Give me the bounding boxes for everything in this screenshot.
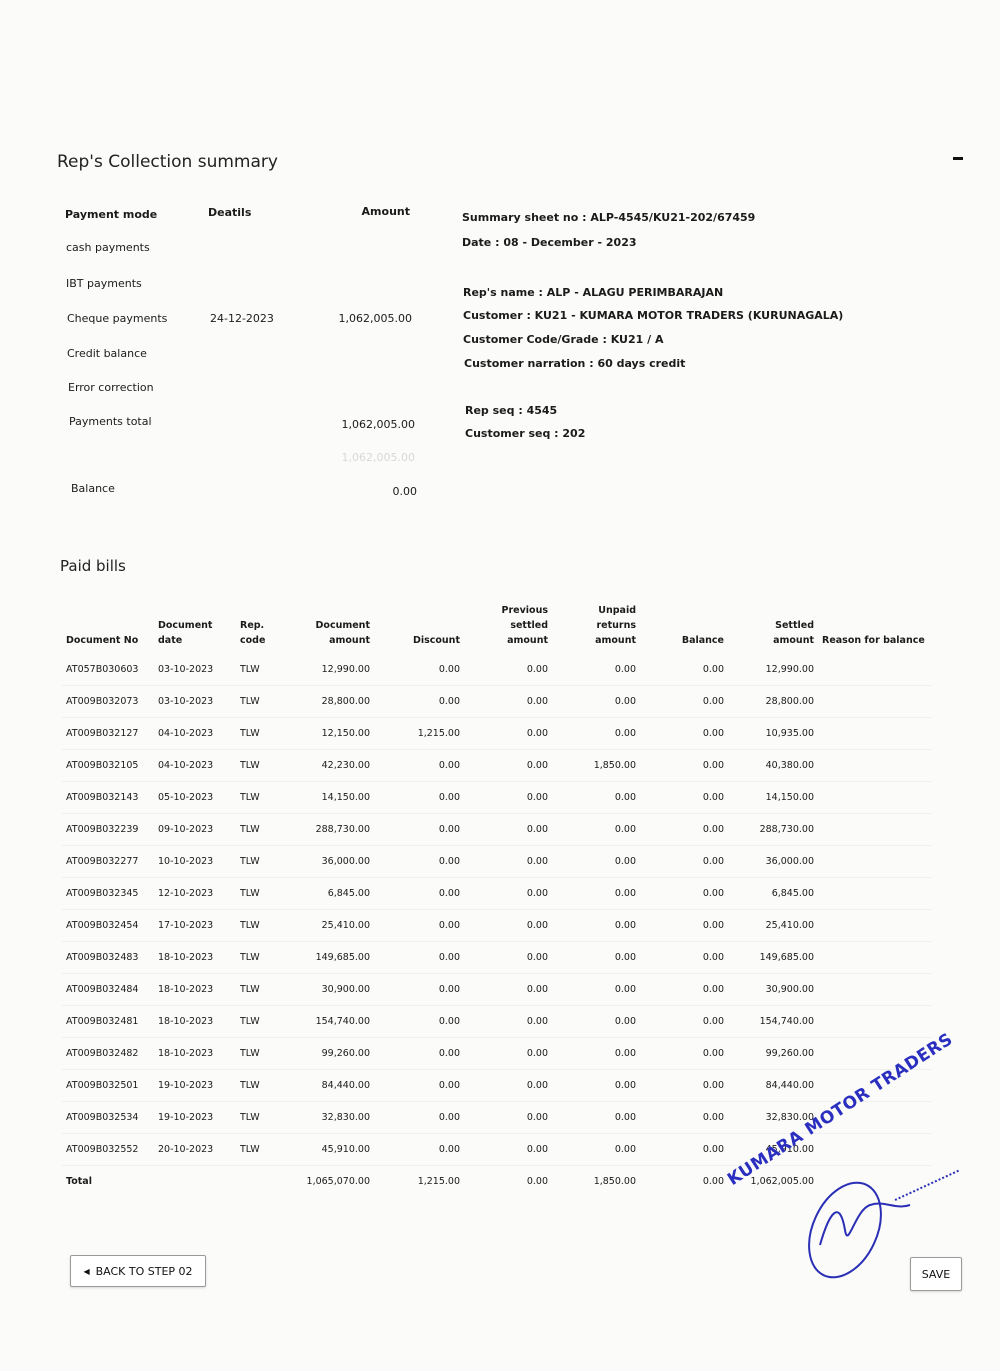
table-cell: 0.00 <box>640 1006 728 1038</box>
table-cell: 14,150.00 <box>294 782 374 814</box>
table-cell: 0.00 <box>464 1006 552 1038</box>
table-cell: 42,230.00 <box>294 750 374 782</box>
summary-sheet-no: Summary sheet no : ALP-4545/KU21-202/674… <box>462 211 755 224</box>
page-title: Rep's Collection summary <box>57 152 278 172</box>
table-cell: AT009B032239 <box>62 814 154 846</box>
table-cell: 1,215.00 <box>374 718 464 750</box>
col-rep-code: Rep. code <box>236 600 294 654</box>
table-cell: 0.00 <box>374 1038 464 1070</box>
table-cell <box>818 686 932 718</box>
save-button[interactable]: SAVE <box>910 1257 962 1291</box>
table-cell: AT009B032552 <box>62 1134 154 1166</box>
table-cell: 0.00 <box>640 878 728 910</box>
table-cell: 288,730.00 <box>728 814 818 846</box>
table-cell: 17-10-2023 <box>154 910 236 942</box>
customer-code-grade: Customer Code/Grade : KU21 / A <box>463 333 663 346</box>
table-row: AT009B03250119-10-2023TLW84,440.000.000.… <box>62 1070 932 1102</box>
table-cell: 05-10-2023 <box>154 782 236 814</box>
table-cell: 0.00 <box>552 846 640 878</box>
table-cell: 0.00 <box>374 910 464 942</box>
table-cell: 288,730.00 <box>294 814 374 846</box>
table-cell: 6,845.00 <box>728 878 818 910</box>
table-cell: TLW <box>236 910 294 942</box>
table-cell: 0.00 <box>464 910 552 942</box>
header-amount: Amount <box>290 205 410 218</box>
total-cell <box>154 1166 236 1198</box>
table-cell: TLW <box>236 878 294 910</box>
table-cell: AT009B032345 <box>62 878 154 910</box>
table-cell: 0.00 <box>464 750 552 782</box>
table-cell: 40,380.00 <box>728 750 818 782</box>
table-cell: 0.00 <box>552 814 640 846</box>
table-cell: TLW <box>236 654 294 686</box>
cheque-date: 24-12-2023 <box>210 312 274 325</box>
table-cell: 03-10-2023 <box>154 686 236 718</box>
col-unpaid-returns: Unpaid returns amount <box>552 600 640 654</box>
table-cell: AT057B030603 <box>62 654 154 686</box>
table-cell <box>818 718 932 750</box>
col-previous-settled: Previous settled amount <box>464 600 552 654</box>
back-to-step-02-button[interactable]: ◀ BACK TO STEP 02 <box>70 1255 206 1287</box>
customer-seq: Customer seq : 202 <box>465 427 585 440</box>
table-cell: 0.00 <box>552 974 640 1006</box>
table-cell: 0.00 <box>374 878 464 910</box>
table-row: AT009B03248418-10-2023TLW30,900.000.000.… <box>62 974 932 1006</box>
balance-amount: 0.00 <box>297 485 417 498</box>
table-cell: 84,440.00 <box>728 1070 818 1102</box>
table-cell: 25,410.00 <box>294 910 374 942</box>
table-row: AT009B03248218-10-2023TLW99,260.000.000.… <box>62 1038 932 1070</box>
table-cell: 0.00 <box>640 846 728 878</box>
table-cell <box>818 814 932 846</box>
table-cell <box>818 878 932 910</box>
table-cell: 0.00 <box>374 686 464 718</box>
table-cell: 0.00 <box>552 654 640 686</box>
table-cell: TLW <box>236 814 294 846</box>
summary-date: Date : 08 - December - 2023 <box>462 236 637 249</box>
table-cell: 0.00 <box>552 1070 640 1102</box>
table-row: AT009B03210504-10-2023TLW42,230.000.000.… <box>62 750 932 782</box>
table-cell: 99,260.00 <box>294 1038 374 1070</box>
table-cell: 0.00 <box>464 846 552 878</box>
table-cell: 0.00 <box>640 1038 728 1070</box>
table-cell: 0.00 <box>464 1134 552 1166</box>
table-cell: 0.00 <box>464 878 552 910</box>
table-cell: 0.00 <box>374 782 464 814</box>
header-details: Deatils <box>208 206 251 219</box>
table-cell: 0.00 <box>374 974 464 1006</box>
table-cell: 0.00 <box>374 654 464 686</box>
table-row: AT009B03227710-10-2023TLW36,000.000.000.… <box>62 846 932 878</box>
table-cell: 45,910.00 <box>294 1134 374 1166</box>
table-cell: 0.00 <box>374 1102 464 1134</box>
table-cell: 0.00 <box>552 1102 640 1134</box>
total-cell: 1,850.00 <box>552 1166 640 1198</box>
table-cell: 6,845.00 <box>294 878 374 910</box>
table-cell: 0.00 <box>374 1134 464 1166</box>
table-cell: 0.00 <box>374 942 464 974</box>
table-cell: TLW <box>236 1006 294 1038</box>
table-cell: 0.00 <box>640 750 728 782</box>
table-cell: 0.00 <box>640 974 728 1006</box>
back-button-label: BACK TO STEP 02 <box>96 1265 193 1278</box>
table-cell: 99,260.00 <box>728 1038 818 1070</box>
table-cell: TLW <box>236 1038 294 1070</box>
table-cell: 0.00 <box>374 846 464 878</box>
col-reason-for-balance: Reason for balance <box>818 600 932 654</box>
table-cell: 10-10-2023 <box>154 846 236 878</box>
table-cell: 1,850.00 <box>552 750 640 782</box>
table-cell: 32,830.00 <box>294 1102 374 1134</box>
table-cell: 30,900.00 <box>728 974 818 1006</box>
table-cell <box>818 974 932 1006</box>
table-cell: 0.00 <box>464 654 552 686</box>
table-row: AT009B03248118-10-2023TLW154,740.000.000… <box>62 1006 932 1038</box>
table-cell: 28,800.00 <box>294 686 374 718</box>
table-cell: 0.00 <box>640 686 728 718</box>
table-cell: AT009B032484 <box>62 974 154 1006</box>
table-cell: AT009B032482 <box>62 1038 154 1070</box>
table-cell: AT009B032073 <box>62 686 154 718</box>
table-cell: 0.00 <box>374 814 464 846</box>
minimize-icon[interactable] <box>953 157 963 160</box>
table-cell: 30,900.00 <box>294 974 374 1006</box>
table-cell: 0.00 <box>464 1038 552 1070</box>
table-cell: AT009B032105 <box>62 750 154 782</box>
table-cell: AT009B032277 <box>62 846 154 878</box>
table-cell <box>818 910 932 942</box>
table-cell: 25,410.00 <box>728 910 818 942</box>
col-document-amount: Document amount <box>294 600 374 654</box>
table-cell: 0.00 <box>464 718 552 750</box>
table-cell: 28,800.00 <box>728 686 818 718</box>
table-cell: 0.00 <box>640 1134 728 1166</box>
table-cell: 12,990.00 <box>294 654 374 686</box>
table-cell: 20-10-2023 <box>154 1134 236 1166</box>
total-cell: 0.00 <box>640 1166 728 1198</box>
table-cell <box>818 1006 932 1038</box>
table-cell: 10,935.00 <box>728 718 818 750</box>
table-cell: 0.00 <box>640 654 728 686</box>
table-cell: 0.00 <box>640 718 728 750</box>
table-cell: 0.00 <box>640 1070 728 1102</box>
table-cell: 12-10-2023 <box>154 878 236 910</box>
table-cell: 154,740.00 <box>294 1006 374 1038</box>
table-cell: 18-10-2023 <box>154 974 236 1006</box>
table-cell: TLW <box>236 686 294 718</box>
table-row: AT009B03214305-10-2023TLW14,150.000.000.… <box>62 782 932 814</box>
total-label: Total <box>62 1166 154 1198</box>
table-cell: TLW <box>236 1070 294 1102</box>
col-document-no: Document No <box>62 600 154 654</box>
table-cell: 0.00 <box>552 878 640 910</box>
total-cell <box>236 1166 294 1198</box>
table-cell: 18-10-2023 <box>154 942 236 974</box>
table-row: AT009B03212704-10-2023TLW12,150.001,215.… <box>62 718 932 750</box>
table-cell: TLW <box>236 846 294 878</box>
total-cell: 1,065,070.00 <box>294 1166 374 1198</box>
table-cell: TLW <box>236 942 294 974</box>
table-cell: 36,000.00 <box>728 846 818 878</box>
table-cell: 149,685.00 <box>728 942 818 974</box>
header-payment-mode: Payment mode <box>65 208 157 221</box>
table-cell: 84,440.00 <box>294 1070 374 1102</box>
total-cell: 0.00 <box>464 1166 552 1198</box>
paid-bills-table: Document No Document date Rep. code Docu… <box>62 600 932 1197</box>
table-cell: 0.00 <box>552 718 640 750</box>
table-cell: 0.00 <box>464 686 552 718</box>
table-cell: 19-10-2023 <box>154 1070 236 1102</box>
table-cell: 0.00 <box>374 1006 464 1038</box>
table-cell: TLW <box>236 718 294 750</box>
table-cell: 0.00 <box>552 686 640 718</box>
col-discount: Discount <box>374 600 464 654</box>
table-cell: 0.00 <box>374 1070 464 1102</box>
table-cell: 154,740.00 <box>728 1006 818 1038</box>
table-cell: 0.00 <box>552 782 640 814</box>
table-cell: 0.00 <box>552 910 640 942</box>
table-cell: 0.00 <box>464 782 552 814</box>
table-cell: 0.00 <box>640 782 728 814</box>
caret-left-icon: ◀ <box>83 1267 89 1276</box>
table-cell: TLW <box>236 750 294 782</box>
cheque-amount: 1,062,005.00 <box>292 312 412 325</box>
table-cell: 18-10-2023 <box>154 1038 236 1070</box>
paid-bills-title: Paid bills <box>60 557 126 575</box>
table-row: AT009B03223909-10-2023TLW288,730.000.000… <box>62 814 932 846</box>
table-cell: 04-10-2023 <box>154 718 236 750</box>
table-cell: 0.00 <box>464 974 552 1006</box>
table-cell: 12,990.00 <box>728 654 818 686</box>
total-cell: 1,215.00 <box>374 1166 464 1198</box>
table-cell: TLW <box>236 1102 294 1134</box>
table-cell: 18-10-2023 <box>154 1006 236 1038</box>
table-cell: AT009B032534 <box>62 1102 154 1134</box>
table-row: AT009B03245417-10-2023TLW25,410.000.000.… <box>62 910 932 942</box>
table-cell: TLW <box>236 1134 294 1166</box>
payments-total-amount: 1,062,005.00 <box>295 418 415 431</box>
rep-seq: Rep seq : 4545 <box>465 404 557 417</box>
col-settled-amount: Settled amount <box>728 600 818 654</box>
table-cell: 0.00 <box>552 1038 640 1070</box>
col-balance: Balance <box>640 600 728 654</box>
table-cell: 0.00 <box>464 1102 552 1134</box>
table-cell: AT009B032143 <box>62 782 154 814</box>
table-header-row: Document No Document date Rep. code Docu… <box>62 600 932 654</box>
table-cell: 03-10-2023 <box>154 654 236 686</box>
table-cell: 0.00 <box>552 942 640 974</box>
table-cell: AT009B032483 <box>62 942 154 974</box>
table-cell: AT009B032127 <box>62 718 154 750</box>
table-cell: 36,000.00 <box>294 846 374 878</box>
table-cell: AT009B032501 <box>62 1070 154 1102</box>
table-cell: 19-10-2023 <box>154 1102 236 1134</box>
table-cell: 09-10-2023 <box>154 814 236 846</box>
table-cell: TLW <box>236 974 294 1006</box>
table-row: AT057B03060303-10-2023TLW12,990.000.000.… <box>62 654 932 686</box>
table-row: AT009B03207303-10-2023TLW28,800.000.000.… <box>62 686 932 718</box>
customer-narration: Customer narration : 60 days credit <box>464 357 685 370</box>
table-cell: 04-10-2023 <box>154 750 236 782</box>
table-cell: 0.00 <box>640 1102 728 1134</box>
table-cell <box>818 846 932 878</box>
table-cell: 0.00 <box>640 814 728 846</box>
table-cell: 12,150.00 <box>294 718 374 750</box>
table-cell <box>818 942 932 974</box>
table-cell <box>818 782 932 814</box>
table-cell: TLW <box>236 782 294 814</box>
table-cell: 0.00 <box>552 1006 640 1038</box>
table-cell: 0.00 <box>464 942 552 974</box>
table-cell: 0.00 <box>640 910 728 942</box>
table-cell: AT009B032454 <box>62 910 154 942</box>
table-cell: 0.00 <box>464 1070 552 1102</box>
table-row: AT009B03248318-10-2023TLW149,685.000.000… <box>62 942 932 974</box>
table-cell: 0.00 <box>464 814 552 846</box>
table-row: AT009B03234512-10-2023TLW6,845.000.000.0… <box>62 878 932 910</box>
col-document-date: Document date <box>154 600 236 654</box>
table-cell: 0.00 <box>374 750 464 782</box>
table-cell: 0.00 <box>640 942 728 974</box>
table-cell: AT009B032481 <box>62 1006 154 1038</box>
table-cell: 14,150.00 <box>728 782 818 814</box>
table-cell <box>818 654 932 686</box>
table-cell: 149,685.00 <box>294 942 374 974</box>
customer: Customer : KU21 - KUMARA MOTOR TRADERS (… <box>463 309 843 322</box>
rep-name: Rep's name : ALP - ALAGU PERIMBARAJAN <box>463 286 723 299</box>
table-cell: 0.00 <box>552 1134 640 1166</box>
table-cell <box>818 750 932 782</box>
